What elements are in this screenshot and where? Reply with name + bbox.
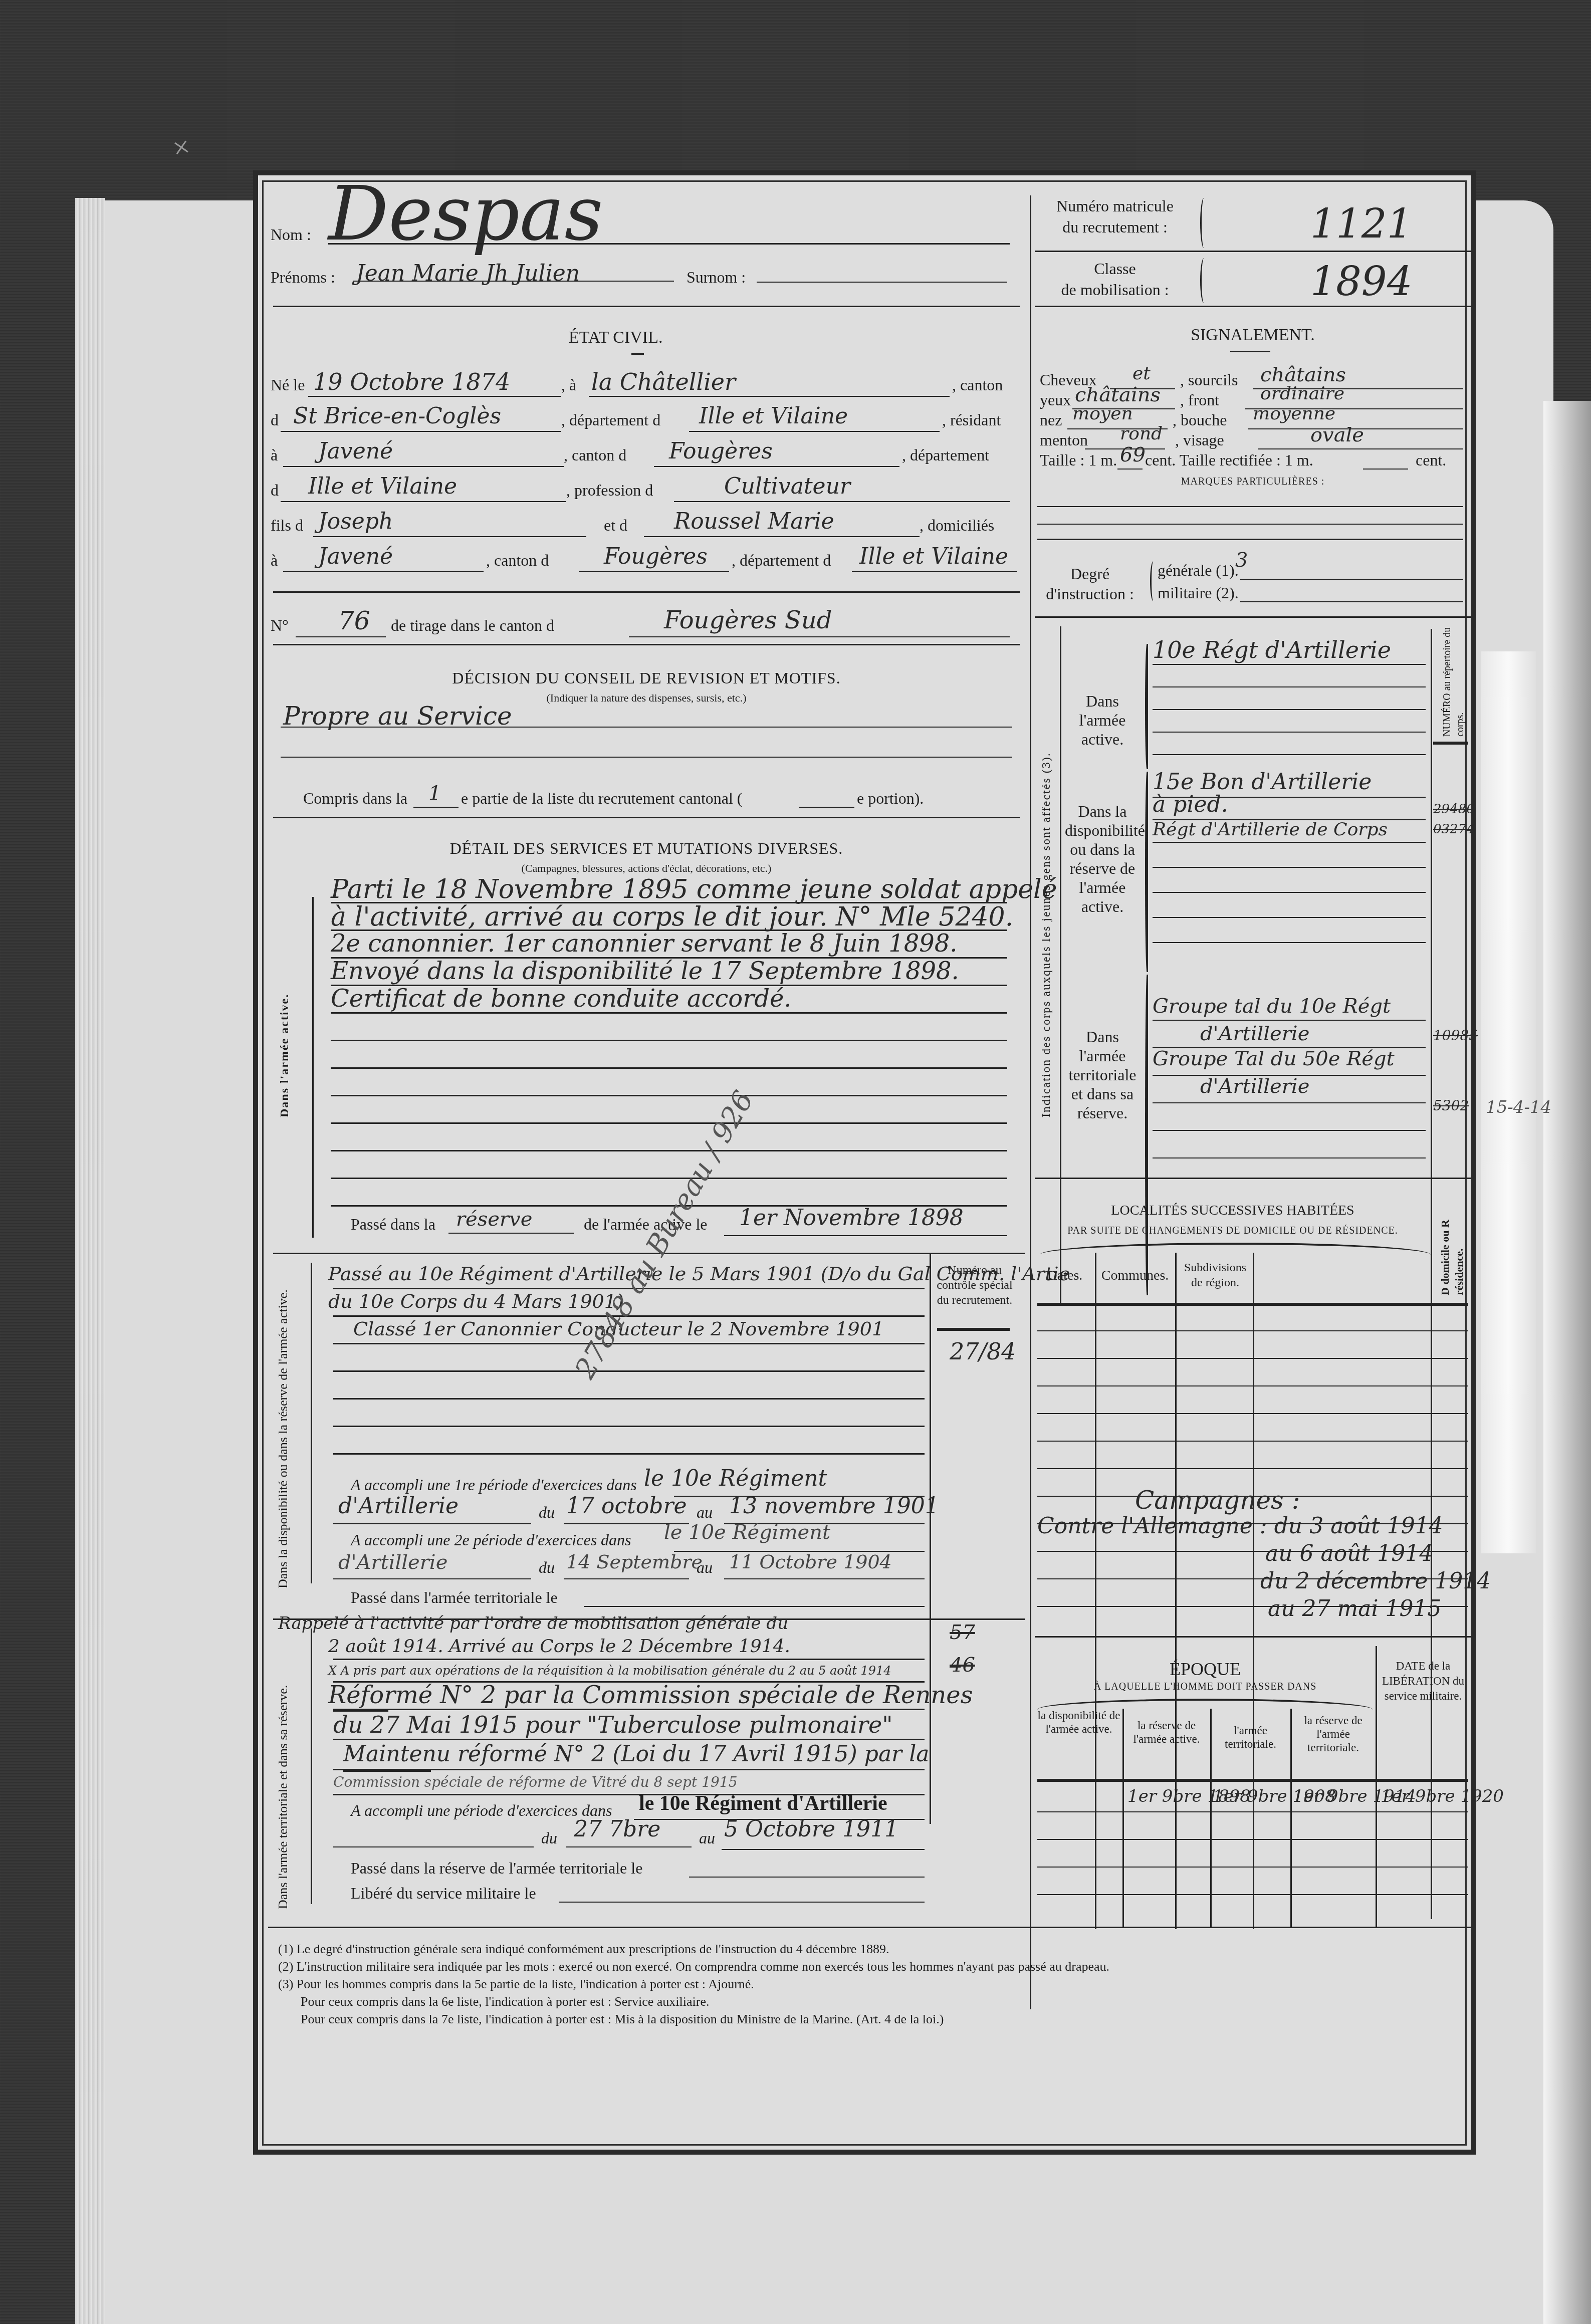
affect-active-label: Dans l'armée active. [1065, 691, 1140, 749]
nez-label: nez [1040, 411, 1062, 429]
birthplace-line [589, 396, 950, 397]
surnom-label: Surnom : [687, 268, 746, 287]
fils-label: fils d [271, 516, 303, 535]
nom-label: Nom : [271, 225, 311, 244]
mere-value[interactable]: Roussel Marie [674, 509, 834, 534]
domicilies-label: , domiciliés [920, 516, 994, 535]
affect-margin-note: 15-4-14 [1486, 1097, 1551, 1117]
ne-le-label: Né le [271, 376, 305, 394]
liberation-header: DATE de la LIBÉRATION du service militai… [1378, 1659, 1468, 1704]
periode2-au-label: au [697, 1558, 713, 1577]
departement3-label: , département d [732, 551, 831, 570]
affect-terr-rule-4 [1153, 1102, 1426, 1103]
epoque-col-reserve-active: la réserve de l'armée active. [1124, 1719, 1209, 1746]
affect-terr-rule-1 [1153, 1020, 1426, 1021]
residence-value[interactable]: Javené [318, 438, 393, 464]
localites-col-communes: Communes. [1097, 1268, 1173, 1284]
taille-label: Taille : 1 m. [1040, 451, 1117, 470]
terr-periode-du-line [566, 1846, 692, 1847]
dispo-line-2[interactable]: du 10e Corps du 4 Mars 1901) [328, 1290, 624, 1312]
terr-line-6[interactable]: Maintenu réformé N° 2 (Loi du 17 Avril 1… [343, 1741, 929, 1767]
taille-rectifiee-line [1363, 469, 1408, 470]
services-subtitle: (Campagnes, blessures, actions d'éclat, … [273, 862, 1020, 875]
classe-label-line2: de mobilisation : [1040, 279, 1190, 300]
service-line-3[interactable]: 2e canonnier. 1er canonnier servant le 8… [331, 929, 958, 958]
matricule-value[interactable]: 1121 [1310, 200, 1413, 247]
periode2-du-label: du [539, 1558, 555, 1577]
tirage-canton-line [629, 636, 1010, 637]
compris-line [413, 807, 459, 808]
passe-reserve-value[interactable]: réserve [456, 1208, 532, 1231]
pere-line [313, 536, 586, 537]
bouche-value[interactable]: moyenne [1253, 403, 1335, 424]
departement2-label: , département [902, 446, 989, 464]
profession-label: , profession d [566, 481, 653, 500]
terr-periode-du[interactable]: 27 7bre [574, 1816, 660, 1842]
affectations-side-rule [1060, 626, 1061, 1303]
tirage-divider [273, 644, 1020, 645]
prenoms-line [353, 281, 674, 282]
portion-line [799, 807, 854, 808]
affect-dispo-brace [1145, 772, 1148, 972]
campagne-line-2[interactable]: au 6 août 1914 [1265, 1541, 1433, 1566]
periode2-corps-line [333, 1578, 531, 1579]
localites-col-subdivisions: Subdivisions de région. [1178, 1260, 1253, 1290]
terr-periode-au-line [722, 1849, 925, 1850]
page-edges [75, 198, 105, 2324]
affect-active-line-1[interactable]: 10e Régt d'Artillerie [1153, 636, 1391, 663]
binding-shadow [1543, 401, 1591, 2324]
instruction-brace [1150, 561, 1157, 601]
partie-label: e partie de la liste du recrutement cant… [461, 789, 743, 808]
affect-dispo-rule-4 [1153, 867, 1426, 868]
service-rule-5 [331, 1012, 1007, 1014]
localites-subtitle: PAR SUITE DE CHANGEMENTS DE DOMICILE OU … [1035, 1225, 1431, 1237]
periode1-du-label: du [539, 1503, 555, 1522]
service-rule-7 [331, 1067, 1007, 1069]
taille-line [1117, 469, 1143, 470]
epoque-row-rule-4 [1037, 1894, 1468, 1895]
footnote-4: Pour ceux compris dans la 6e liste, l'in… [301, 1994, 710, 2009]
decision-line-2 [281, 757, 1012, 758]
terr-numero-2[interactable]: 46 [950, 1654, 975, 1677]
marques-line-1 [1037, 506, 1463, 507]
departement3-line [852, 571, 1017, 572]
terr-periode-au[interactable]: 5 Octobre 1911 [724, 1816, 898, 1842]
matricule-label-line1: Numéro matricule [1040, 195, 1190, 216]
affect-active-rule-1 [1153, 664, 1426, 665]
terr-rule-1 [333, 1659, 925, 1660]
dispo-rule-6 [333, 1426, 925, 1427]
d1-label: d [271, 411, 279, 429]
service-line-5[interactable]: Certificat de bonne conduite accordé. [331, 985, 792, 1013]
etat-civil-title: ÉTAT CIVIL. [569, 328, 662, 347]
instruction-generale-label: générale (1). [1158, 561, 1239, 580]
terr-line-2[interactable]: 2 août 1914. Arrivé au Corps le 2 Décemb… [328, 1636, 790, 1657]
affect-terr-line-3[interactable]: Groupe Tal du 50e Régt [1153, 1047, 1395, 1070]
periode2-au[interactable]: 11 Octobre 1904 [729, 1551, 892, 1573]
terr-periode-blank-line [333, 1846, 534, 1847]
canton2-value[interactable]: Fougères [669, 438, 773, 464]
affect-active-rule-3 [1153, 709, 1426, 710]
periode2-corps[interactable]: d'Artillerie [338, 1551, 447, 1574]
periode2-label: A accompli une 2e période d'exercices da… [351, 1531, 631, 1549]
nez-value[interactable]: moyen [1072, 403, 1133, 424]
residant-label: , résidant [942, 411, 1001, 429]
terr-rule-5 [333, 1769, 925, 1770]
epoque-col-disponibilite: la disponibilité de l'armée active. [1036, 1709, 1122, 1736]
passe-date-line [724, 1235, 1007, 1236]
profession-value[interactable]: Cultivateur [724, 474, 850, 499]
passe-date-value[interactable]: 1er Novembre 1898 [739, 1205, 964, 1231]
marques-divider [1037, 539, 1463, 540]
departement2-line [281, 501, 566, 502]
numero-controle-value[interactable]: 27/84 [950, 1338, 1016, 1365]
domicile-value[interactable]: Javené [318, 544, 393, 569]
localites-bottom-divider [1035, 1636, 1471, 1638]
pere-value[interactable]: Joseph [318, 509, 393, 534]
tirage-label: de tirage dans le canton d [391, 616, 554, 635]
affectations-divider [1035, 1178, 1471, 1179]
decision-line-1 [281, 727, 1012, 728]
compris-label: Compris dans la [303, 789, 407, 808]
etat-civil-title-rule [631, 353, 644, 355]
epoque-header-rule [1037, 1779, 1468, 1782]
affect-terr-rule-00 [1153, 942, 1426, 943]
footnote-5: Pour ceux compris dans la 7e liste, l'in… [301, 2012, 944, 2027]
terr-periode-value[interactable]: le 10e Régiment d'Artillerie [639, 1791, 887, 1815]
footnote-1: (1) Le degré d'instruction générale sera… [278, 1942, 889, 1957]
menton-label: menton [1040, 431, 1088, 449]
service-line-2[interactable]: à l'activité, arrivé au corps le dit jou… [331, 902, 1013, 932]
localites-row-rule-6 [1037, 1468, 1468, 1469]
subdivisions-col-divider [1253, 1253, 1254, 1929]
numero-controle-divider [930, 1253, 931, 1824]
affect-dispo-line-2[interactable]: à pied. [1153, 792, 1228, 817]
services-side-rule [312, 897, 314, 1238]
departement2-value[interactable]: Ille et Vilaine [308, 474, 457, 499]
periode2-du-line [564, 1578, 689, 1579]
affect-active-rule-5 [1153, 754, 1426, 755]
terr-line-7[interactable]: Commission spéciale de réforme de Vitré … [333, 1774, 737, 1790]
passe-reserve-line [448, 1233, 574, 1234]
bouche-label: , bouche [1173, 411, 1227, 429]
column-divider [1030, 195, 1031, 2009]
taille-value[interactable]: 69 [1120, 443, 1146, 467]
departement-value[interactable]: Ille et Vilaine [699, 403, 848, 429]
campagne-line-4[interactable]: au 27 mai 1915 [1268, 1596, 1442, 1621]
affect-dispo-label: Dans la disponibilité ou dans la réserve… [1065, 802, 1140, 916]
periode2-du[interactable]: 14 Septembre [566, 1551, 703, 1573]
terr-line-5[interactable]: du 27 Mai 1915 pour "Tuberculose pulmona… [333, 1711, 892, 1738]
yeux-label: yeux [1040, 391, 1071, 409]
localites-row-rule-3 [1037, 1385, 1468, 1386]
passe-reserve-terr-label: Passé dans la réserve de l'armée territo… [351, 1859, 642, 1878]
terr-periode-du-label: du [541, 1829, 557, 1847]
canton3-line [579, 571, 729, 572]
prenoms-label: Prénoms : [271, 268, 335, 287]
tirage-canton-value[interactable]: Fougères Sud [664, 606, 832, 634]
periode1-du[interactable]: 17 octobre [566, 1493, 687, 1519]
domicile-line [283, 571, 484, 572]
instruction-label-line1: Degré [1040, 564, 1140, 584]
departement3-value[interactable]: Ille et Vilaine [859, 544, 1008, 569]
communes-col-divider [1175, 1253, 1177, 1929]
mere-line [644, 536, 920, 537]
ne-le-line [308, 396, 561, 397]
dispo-line-1[interactable]: Passé au 10e Régiment d'Artillerie le 5 … [328, 1263, 1070, 1285]
service-line-1[interactable]: Parti le 18 Novembre 1895 comme jeune so… [331, 874, 1057, 904]
taille-rectifiee-label: cent. Taille rectifiée : 1 m. [1145, 451, 1313, 470]
instruction-militaire-label: militaire (2). [1158, 584, 1239, 602]
periode1-corps[interactable]: d'Artillerie [338, 1493, 459, 1519]
cheveux-value[interactable]: et [1132, 363, 1151, 384]
footnote-2: (2) L'instruction militaire sera indiqué… [278, 1959, 1109, 1974]
epoque-subtitle: À LAQUELLE L'HOMME DOIT PASSER DANS [1035, 1681, 1376, 1693]
dispo-rule-3 [333, 1343, 925, 1344]
instruction-militaire-line [1240, 601, 1463, 602]
numero-controle-rule [937, 1328, 1010, 1331]
affect-active-rule-2 [1153, 686, 1426, 687]
disponibilite-side-label: Dans la disponibilité ou dans la réserve… [276, 1289, 291, 1588]
instruction-label-line2: d'instruction : [1040, 584, 1140, 604]
matricule-label-line2: du recrutement : [1040, 216, 1190, 238]
territoriale-side-label: Dans l'armée territoriale et dans sa rés… [276, 1685, 291, 1909]
classe-label-line1: Classe [1040, 258, 1190, 279]
localites-header-rule [1037, 1303, 1468, 1306]
decision-divider [273, 817, 1020, 818]
residence-line [283, 466, 564, 467]
instruction-generale-value[interactable]: 3 [1235, 549, 1248, 572]
affect-terr-numero-2[interactable]: 5302 [1433, 1097, 1469, 1114]
dispo-rule-5 [333, 1398, 925, 1400]
classe-value[interactable]: 1894 [1310, 258, 1413, 305]
et-label: et d [604, 516, 627, 535]
services-side-label: Dans l'armée active. [278, 994, 292, 1117]
affect-dispo-line-1[interactable]: 15e Bon d'Artillerie [1153, 769, 1372, 795]
canton-label: , canton [952, 376, 1003, 394]
libere-line [559, 1902, 925, 1903]
tirage-line [296, 636, 386, 637]
matricule-label: Numéro matricule du recrutement : [1040, 195, 1190, 238]
service-line-4[interactable]: Envoyé dans la disponibilité le 17 Septe… [331, 957, 959, 985]
classe-label: Classe de mobilisation : [1040, 258, 1190, 300]
signalement-title-rule [1230, 351, 1270, 352]
periode2-au-line [724, 1578, 925, 1579]
terr-line-1[interactable]: Rappelé à l'activité par l'ordre de mobi… [278, 1613, 788, 1634]
disponibilite-side-brace [311, 1263, 312, 1583]
epoque-col-reserve-territoriale: la réserve de l'armée territoriale. [1292, 1714, 1375, 1754]
terr-periode-au-label: au [699, 1829, 715, 1847]
canton3-value[interactable]: Fougères [604, 544, 708, 569]
a2-label: à [271, 446, 278, 464]
affect-terr-label: Dans l'armée territoriale et dans sa rés… [1065, 1027, 1140, 1122]
affect-dispo-line-3[interactable]: Régt d'Artillerie de Corps [1153, 819, 1388, 840]
periode1-label: A accompli une 1re période d'exercices d… [351, 1476, 637, 1494]
canton-value[interactable]: St Brice-en-Coglès [293, 403, 501, 429]
classe-divider [1035, 306, 1471, 307]
periode1-au[interactable]: 13 novembre 1901 [729, 1493, 939, 1519]
service-rule-9 [331, 1122, 1007, 1124]
terr-line-3[interactable]: X A pris part aux opérations de la réqui… [328, 1664, 891, 1678]
periode2-value[interactable]: le 10e Régiment [664, 1521, 830, 1544]
affect-dispo-rule-3 [1153, 842, 1426, 843]
profession-line [674, 501, 1010, 502]
epoque-title: ÉPOQUE [1035, 1659, 1376, 1680]
matricule-divider [1035, 251, 1471, 252]
campagne-line-1[interactable]: Contre l'Allemagne : du 3 août 1914 [1037, 1513, 1443, 1539]
front-label: , front [1180, 391, 1219, 409]
a-label: , à [561, 376, 576, 394]
terr-rule-4 [333, 1739, 925, 1740]
instruction-generale-line [1240, 579, 1463, 580]
affect-terr-line-4[interactable]: d'Artillerie [1200, 1075, 1309, 1098]
tirage-no-label: N° [271, 616, 289, 635]
instruction-label: Degré d'instruction : [1040, 564, 1140, 604]
military-register-form: Nom : Despas Prénoms : Jean Marie Jh Jul… [253, 170, 1476, 2155]
passe-reserve-label: Passé dans la [351, 1215, 435, 1234]
nom-line [328, 243, 1010, 245]
matricule-brace [1200, 198, 1208, 248]
departement-label: , département d [561, 411, 660, 429]
periode1-au-label: au [697, 1503, 713, 1522]
territoriale-side-brace [311, 1629, 312, 1904]
services-title: DÉTAIL DES SERVICES ET MUTATIONS DIVERSE… [273, 839, 1020, 858]
compris-value[interactable]: 1 [428, 782, 441, 805]
campagnes-title[interactable]: Campagnes : [1135, 1486, 1300, 1515]
marques-line-2 [1037, 524, 1463, 525]
canton2-label: , canton d [564, 446, 626, 464]
localites-row-rule-2 [1037, 1358, 1468, 1359]
libere-label: Libéré du service militaire le [351, 1884, 536, 1903]
periode1-corps-line [333, 1523, 531, 1524]
epoque-row-rule-3 [1037, 1867, 1468, 1868]
portion-label: e portion). [857, 789, 924, 808]
visage-label: , visage [1175, 431, 1224, 449]
decision-title: DÉCISION DU CONSEIL DE REVISION ET MOTIF… [273, 669, 1020, 687]
terr-numero-1[interactable]: 57 [950, 1621, 975, 1644]
canton3-label: , canton d [486, 551, 549, 570]
affect-terr-line-1[interactable]: Groupe tal du 10e Régt [1153, 995, 1391, 1018]
footnotes-divider [268, 1927, 1471, 1928]
affect-active-brace [1145, 644, 1148, 769]
affect-terr-numero-1[interactable]: 10985 [1433, 1027, 1478, 1044]
epoque-row-rule-2 [1037, 1839, 1468, 1840]
canton2-line [654, 466, 899, 467]
dates-col-divider [1095, 1253, 1096, 1929]
front-value[interactable]: ordinaire [1260, 383, 1344, 404]
cent-label: cent. [1416, 451, 1446, 470]
a3-label: à [271, 551, 278, 570]
affect-active-rule-4 [1153, 732, 1426, 733]
affect-terr-rule-0 [1153, 917, 1426, 918]
canton-line [281, 431, 561, 432]
liberation-value[interactable]: 1er 9bre 1920 [1381, 1786, 1504, 1806]
signalement-title: SIGNALEMENT. [1035, 326, 1471, 345]
localites-title: LOCALITÉS SUCCESSIVES HABITÉES [1035, 1203, 1431, 1219]
name-block-divider [273, 306, 1020, 307]
localites-col-dates: Dates. [1037, 1268, 1092, 1284]
prenoms-value[interactable]: Jean Marie Jh Julien [356, 261, 580, 286]
visage-line [1258, 448, 1463, 449]
terr-periode-label: A accompli une période d'exercices dans [351, 1801, 612, 1820]
affectations-side-label: Indication des corps auxquels les jeunes… [1040, 752, 1053, 1117]
service-rule-11 [331, 1178, 1007, 1179]
terr-line-4[interactable]: Réformé N° 2 par la Commission spéciale … [328, 1681, 973, 1709]
tirage-value[interactable]: 76 [338, 606, 370, 635]
footnote-3: (3) Pour les hommes compris dans la 5e p… [278, 1977, 754, 1992]
localites-row-rule-1 [1037, 1330, 1468, 1331]
menton-value[interactable]: rond [1120, 423, 1163, 444]
dispo-rule-7 [333, 1453, 925, 1455]
passe-reserve-terr-line [689, 1877, 925, 1878]
terr-rule-3 [333, 1709, 925, 1710]
marques-title: MARQUES PARTICULIÈRES : [1035, 476, 1471, 488]
surnom-line [757, 282, 1007, 283]
departement-line [689, 431, 940, 432]
service-rule-8 [331, 1095, 1007, 1096]
passe-territoriale-label: Passé dans l'armée territoriale le [351, 1588, 558, 1607]
service-rule-6 [331, 1040, 1007, 1041]
periode1-value[interactable]: le 10e Régiment [644, 1466, 827, 1491]
instruction-divider [1035, 616, 1471, 618]
passe-territoriale-line [584, 1606, 925, 1607]
affect-dispo-rule-5 [1153, 892, 1426, 893]
affect-terr-rule-6 [1153, 1157, 1426, 1158]
d2-label: d [271, 481, 279, 500]
birthplace-value[interactable]: la Châtellier [591, 368, 736, 395]
etat-civil-divider [273, 591, 1020, 593]
sourcils-label: , sourcils [1180, 371, 1238, 389]
epoque-row-rule-1 [1037, 1811, 1468, 1812]
numero-repertoire-header: NUMÉRO au répertoire du corps. [1441, 626, 1467, 737]
numero-repertoire-rule [1433, 742, 1468, 745]
affect-dispo-numero-2[interactable]: 03274 [1433, 822, 1475, 837]
localites-row-rule-5 [1037, 1441, 1468, 1442]
affect-terr-rule-5 [1153, 1130, 1426, 1131]
classe-brace [1200, 258, 1208, 303]
service-rule-10 [331, 1150, 1007, 1151]
localites-row-rule-4 [1037, 1413, 1468, 1414]
dispo-rule-4 [333, 1370, 925, 1372]
affect-dispo-numero-1[interactable]: 29480 [1433, 802, 1475, 817]
visage-value[interactable]: ovale [1310, 423, 1364, 446]
affect-terr-line-2[interactable]: d'Artillerie [1200, 1022, 1309, 1045]
ne-le-value[interactable]: 19 Octobre 1874 [313, 368, 510, 395]
epoque-col-territoriale: l'armée territoriale. [1212, 1724, 1289, 1751]
campagne-line-3[interactable]: du 2 décembre 1914 [1260, 1568, 1491, 1594]
localites-col-domicile: D domicile ou R résidence. [1438, 1215, 1466, 1295]
